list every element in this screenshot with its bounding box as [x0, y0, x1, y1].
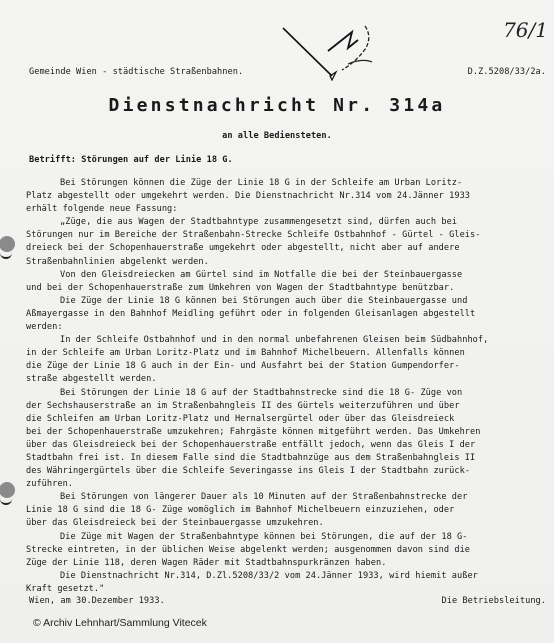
reference-number: D.Z.5208/33/2a. — [468, 67, 546, 77]
body-line: die Züge der Linie 18 G auch in der Ein-… — [26, 360, 546, 373]
body-line: Platz abgestellt oder umgekehrt werden. … — [26, 190, 546, 203]
date-line: Wien, am 30.Dezember 1933. — [29, 596, 165, 606]
body-line: straße abgestellt werden. — [26, 373, 546, 386]
body-line: Linie 18 G sind die 18 G- Züge womöglich… — [26, 504, 546, 517]
body-line: werden: — [26, 321, 546, 334]
body-line: Die Dienstnachricht Nr.314, D.Zl.5208/33… — [26, 570, 546, 583]
body-line: Störungen nur im Bereiche der Straßenbah… — [26, 229, 546, 242]
handwritten-page-number: 76/1 — [503, 18, 548, 42]
body-line: des Währingergürtels über die Schleife S… — [26, 465, 546, 478]
body-line: der Sechshauserstraße an im Straßenbahng… — [26, 400, 546, 413]
body-line: In der Schleife Ostbahnhof und in den no… — [26, 334, 546, 347]
body-line: Straßenbahnlinien abgelenkt werden. — [26, 256, 546, 269]
body-line: erhält folgende neue Fassung: — [26, 203, 546, 216]
body-line: Bei Störungen können die Züge der Linie … — [26, 177, 546, 190]
body-line: Bei Störungen von längerer Dauer als 10 … — [26, 491, 546, 504]
body-line: und bei der Schopenhauerstraße zum Umkeh… — [26, 282, 546, 295]
addressee-line: an alle Bediensteten. — [0, 131, 554, 141]
body-line: über das Gleisdreieck bei der Steinbauer… — [26, 517, 546, 530]
body-line: dreieck bei der Schopenhauerstraße umgek… — [26, 242, 546, 255]
body-line: „Züge, die aus Wagen der Stadtbahntype z… — [26, 216, 546, 229]
handwritten-signature-icon — [280, 18, 390, 83]
body-line: Strecke eintreten, in der üblichen Weise… — [26, 544, 546, 557]
signatory: Die Betriebsleitung. — [442, 596, 546, 606]
copyright-notice: © Archiv Lehnhart/Sammlung Vitecek — [33, 617, 207, 629]
scanned-document-page: 76/1 Gemeinde Wien - städtische Straßenb… — [0, 0, 554, 643]
body-line: in der Schleife am Urban Loritz-Platz un… — [26, 347, 546, 360]
body-line: Stadtbahn frei ist. In diesem Falle sind… — [26, 452, 546, 465]
punch-hole-shadow — [0, 496, 12, 505]
body-line: über das Gleisdreieck bei der Schopenhau… — [26, 439, 546, 452]
issuer-header: Gemeinde Wien - städtische Straßenbahnen… — [29, 67, 243, 77]
body-line: Züge der Linie 118, deren Wagen Räder mi… — [26, 557, 546, 570]
body-line: Kraft gesetzt." — [26, 583, 546, 596]
punch-hole-shadow — [0, 250, 12, 259]
document-body: Bei Störungen können die Züge der Linie … — [26, 177, 546, 596]
body-line: die Schleifen am Urban Loritz-Platz und … — [26, 413, 546, 426]
body-line: Aßmayergasse in den Bahnhof Meidling gef… — [26, 308, 546, 321]
body-line: bei der Schopenhauerstraße umzukehren; F… — [26, 426, 546, 439]
body-line: zuführen. — [26, 478, 546, 491]
body-line: Die Züge der Linie 18 G können bei Störu… — [26, 295, 546, 308]
body-line: Von den Gleisdreiecken am Gürtel sind im… — [26, 269, 546, 282]
body-line: Bei Störungen der Linie 18 G auf der Sta… — [26, 387, 546, 400]
subject-line: Betrifft: Störungen auf der Linie 18 G. — [29, 155, 233, 165]
body-line: Die Züge mit Wagen der Straßenbahntype k… — [26, 531, 546, 544]
document-title: Dienstnachricht Nr. 314a — [0, 95, 554, 116]
